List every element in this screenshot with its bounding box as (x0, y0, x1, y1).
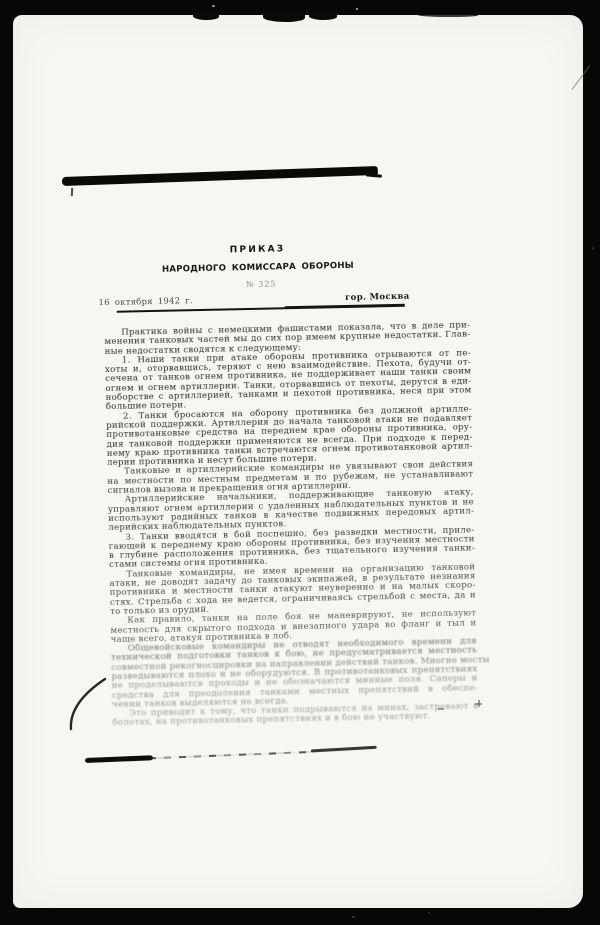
document-title: ПРИКАЗ (9, 240, 507, 260)
scan-noise-dot (356, 8, 358, 10)
page-content: ПРИКАЗ НАРОДНОГО КОМИССАРА ОБОРОНЫ № 325… (4, 9, 593, 914)
ink-tick-mark (71, 188, 73, 196)
document-page: ПРИКАЗ НАРОДНОГО КОМИССАРА ОБОРОНЫ № 325… (13, 15, 583, 908)
scan-edge-blob (418, 13, 478, 17)
scan-edge-blob (263, 13, 305, 22)
scan-edge-blob (309, 13, 337, 20)
document-number: № 325 (9, 274, 513, 294)
pen-check-mark (59, 675, 123, 735)
stray-ink-mark (478, 700, 480, 707)
document-date: 16 октября 1942 г. (99, 295, 193, 307)
scan-noise-dot (352, 916, 355, 918)
document-place: гор. Москва (345, 292, 410, 303)
scan-noise-dot (212, 5, 215, 7)
document-body: Практика войны с немецкими фашистами пок… (104, 321, 478, 728)
redaction-bar-bottom-right-segment (311, 745, 377, 752)
scan-noise-dot (428, 912, 430, 914)
document-issuer: НАРОДНОГО КОМИССАРА ОБОРОНЫ (9, 258, 507, 278)
scan-noise-dot (592, 247, 594, 250)
scanner-background: ПРИКАЗ НАРОДНОГО КОМИССАРА ОБОРОНЫ № 325… (0, 0, 600, 925)
stray-ink-mark (438, 708, 444, 710)
scan-edge-blob (193, 13, 219, 20)
